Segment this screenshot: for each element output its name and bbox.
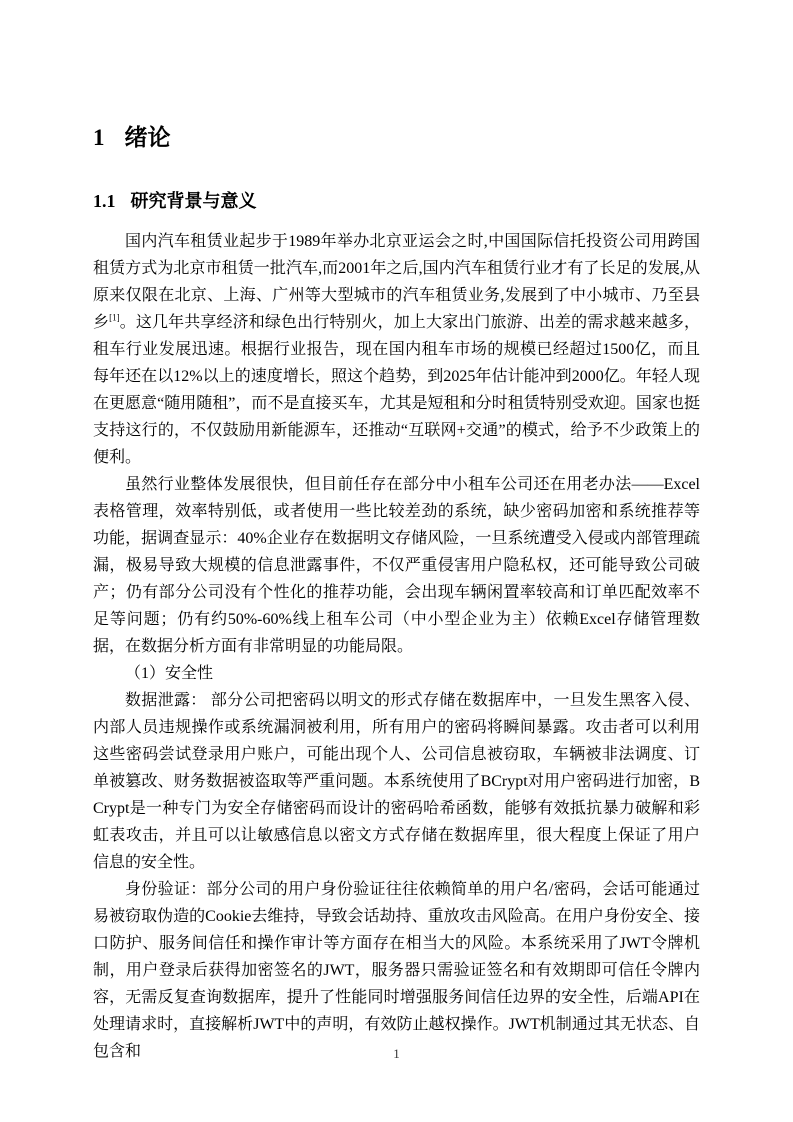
section-title: 研究背景与意义 (131, 191, 257, 211)
page-content: 1绪论 1.1研究背景与意义 国内汽车租赁业起步于1989年举办北京亚运会之时,… (93, 0, 700, 1065)
list-item-security-heading: （1）安全性 (93, 660, 700, 687)
paragraph-identity-verification: 身份验证：部分公司的用户身份验证往往依赖简单的用户名/密码，会话可能通过易被窃取… (93, 876, 700, 1065)
paragraph-background: 国内汽车租赁业起步于1989年举办北京亚运会之时,中国国际信托投资公司用跨国租赁… (93, 228, 700, 471)
section-heading: 1.1研究背景与意义 (93, 189, 700, 213)
paragraph-background-text-continued: 。这几年共享经济和绿色出行特别火，加上大家出门旅游、出差的需求越来越多，租车行业… (93, 314, 700, 466)
document-page: 1绪论 1.1研究背景与意义 国内汽车租赁业起步于1989年举办北京亚运会之时,… (0, 0, 793, 1122)
paragraph-industry-problems: 虽然行业整体发展很快，但目前任存在部分中小租车公司还在用老办法——Excel表格… (93, 471, 700, 660)
chapter-number: 1 (93, 123, 105, 153)
section-number: 1.1 (93, 189, 116, 213)
chapter-title: 绪论 (125, 124, 171, 150)
chapter-heading: 1绪论 (93, 122, 700, 153)
page-number: 1 (0, 1046, 793, 1062)
citation-reference-1: [1] (109, 313, 120, 323)
paragraph-data-leak: 数据泄露： 部分公司把密码以明文的形式存储在数据库中，一旦发生黑客入侵、内部人员… (93, 687, 700, 876)
